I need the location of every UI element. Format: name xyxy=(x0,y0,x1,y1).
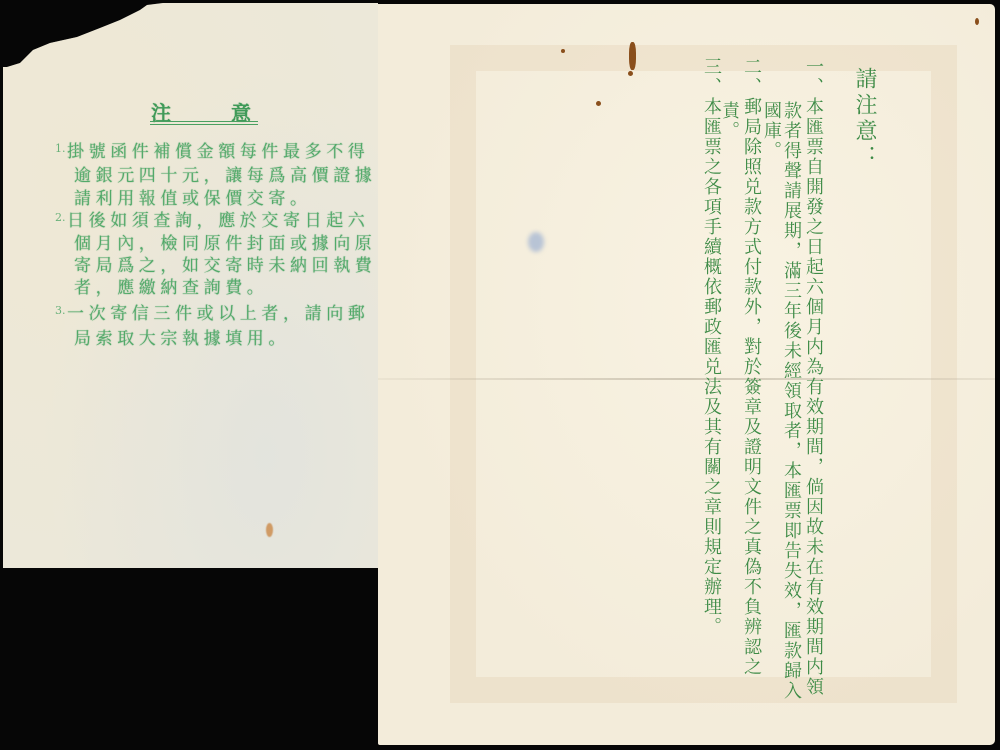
right-notice-slip: 請注意： 一、本匯票自開發之日起六個月内為有效期間，倘因故未在有效期間内領 款者… xyxy=(378,4,995,745)
rust-dot xyxy=(596,101,601,106)
notice-column-1: 一、本匯票自開發之日起六個月内為有效期間，倘因故未在有效期間内領 xyxy=(803,57,823,697)
item-number-3: 3. xyxy=(55,304,66,317)
rust-dot xyxy=(975,18,979,25)
rust-stain xyxy=(266,523,273,537)
item-number-1: 1. xyxy=(55,142,66,155)
left-notice-slip: 注 意 1. 掛號函件補償金額每件最多不得 逾銀元四十元，讓每爲高價證據 請利用… xyxy=(3,3,378,568)
item-number-2: 2. xyxy=(55,211,66,224)
notice-title: 請注意： xyxy=(849,67,880,171)
notice-line: 逾銀元四十元，讓每爲高價證據 xyxy=(74,161,376,186)
notice-line: 掛號函件補償金額每件最多不得 xyxy=(67,137,369,162)
notice-column-2: 款者得聲請展期，滿三年後未經領取者，本匯票即告失效，匯款歸入 xyxy=(781,101,801,701)
notice-column-3: 國庫。 xyxy=(761,101,781,161)
notice-column-4: 二、郵局除照兑款方式付款外，對於簽章及證明文件之真偽不負辨認之 xyxy=(741,57,761,677)
notice-line: 日後如須查詢，應於交寄日起六 xyxy=(67,206,369,231)
rust-dot xyxy=(628,71,633,76)
rust-stain xyxy=(629,42,636,70)
notice-column-5: 責。 xyxy=(719,101,739,141)
fold-crease xyxy=(378,378,995,380)
notice-line: 局索取大宗執據填用。 xyxy=(74,324,290,349)
notice-line: 者，應繳納查詢費。 xyxy=(74,273,268,298)
title-underline xyxy=(150,121,258,125)
notice-column-6: 三、本匯票之各項手續概依郵政匯兑法及其有關之章則規定辦理。 xyxy=(701,57,721,637)
ink-smudge xyxy=(528,232,544,252)
rust-dot xyxy=(561,49,565,53)
notice-line: 一次寄信三件或以上者，請向郵 xyxy=(67,299,369,324)
